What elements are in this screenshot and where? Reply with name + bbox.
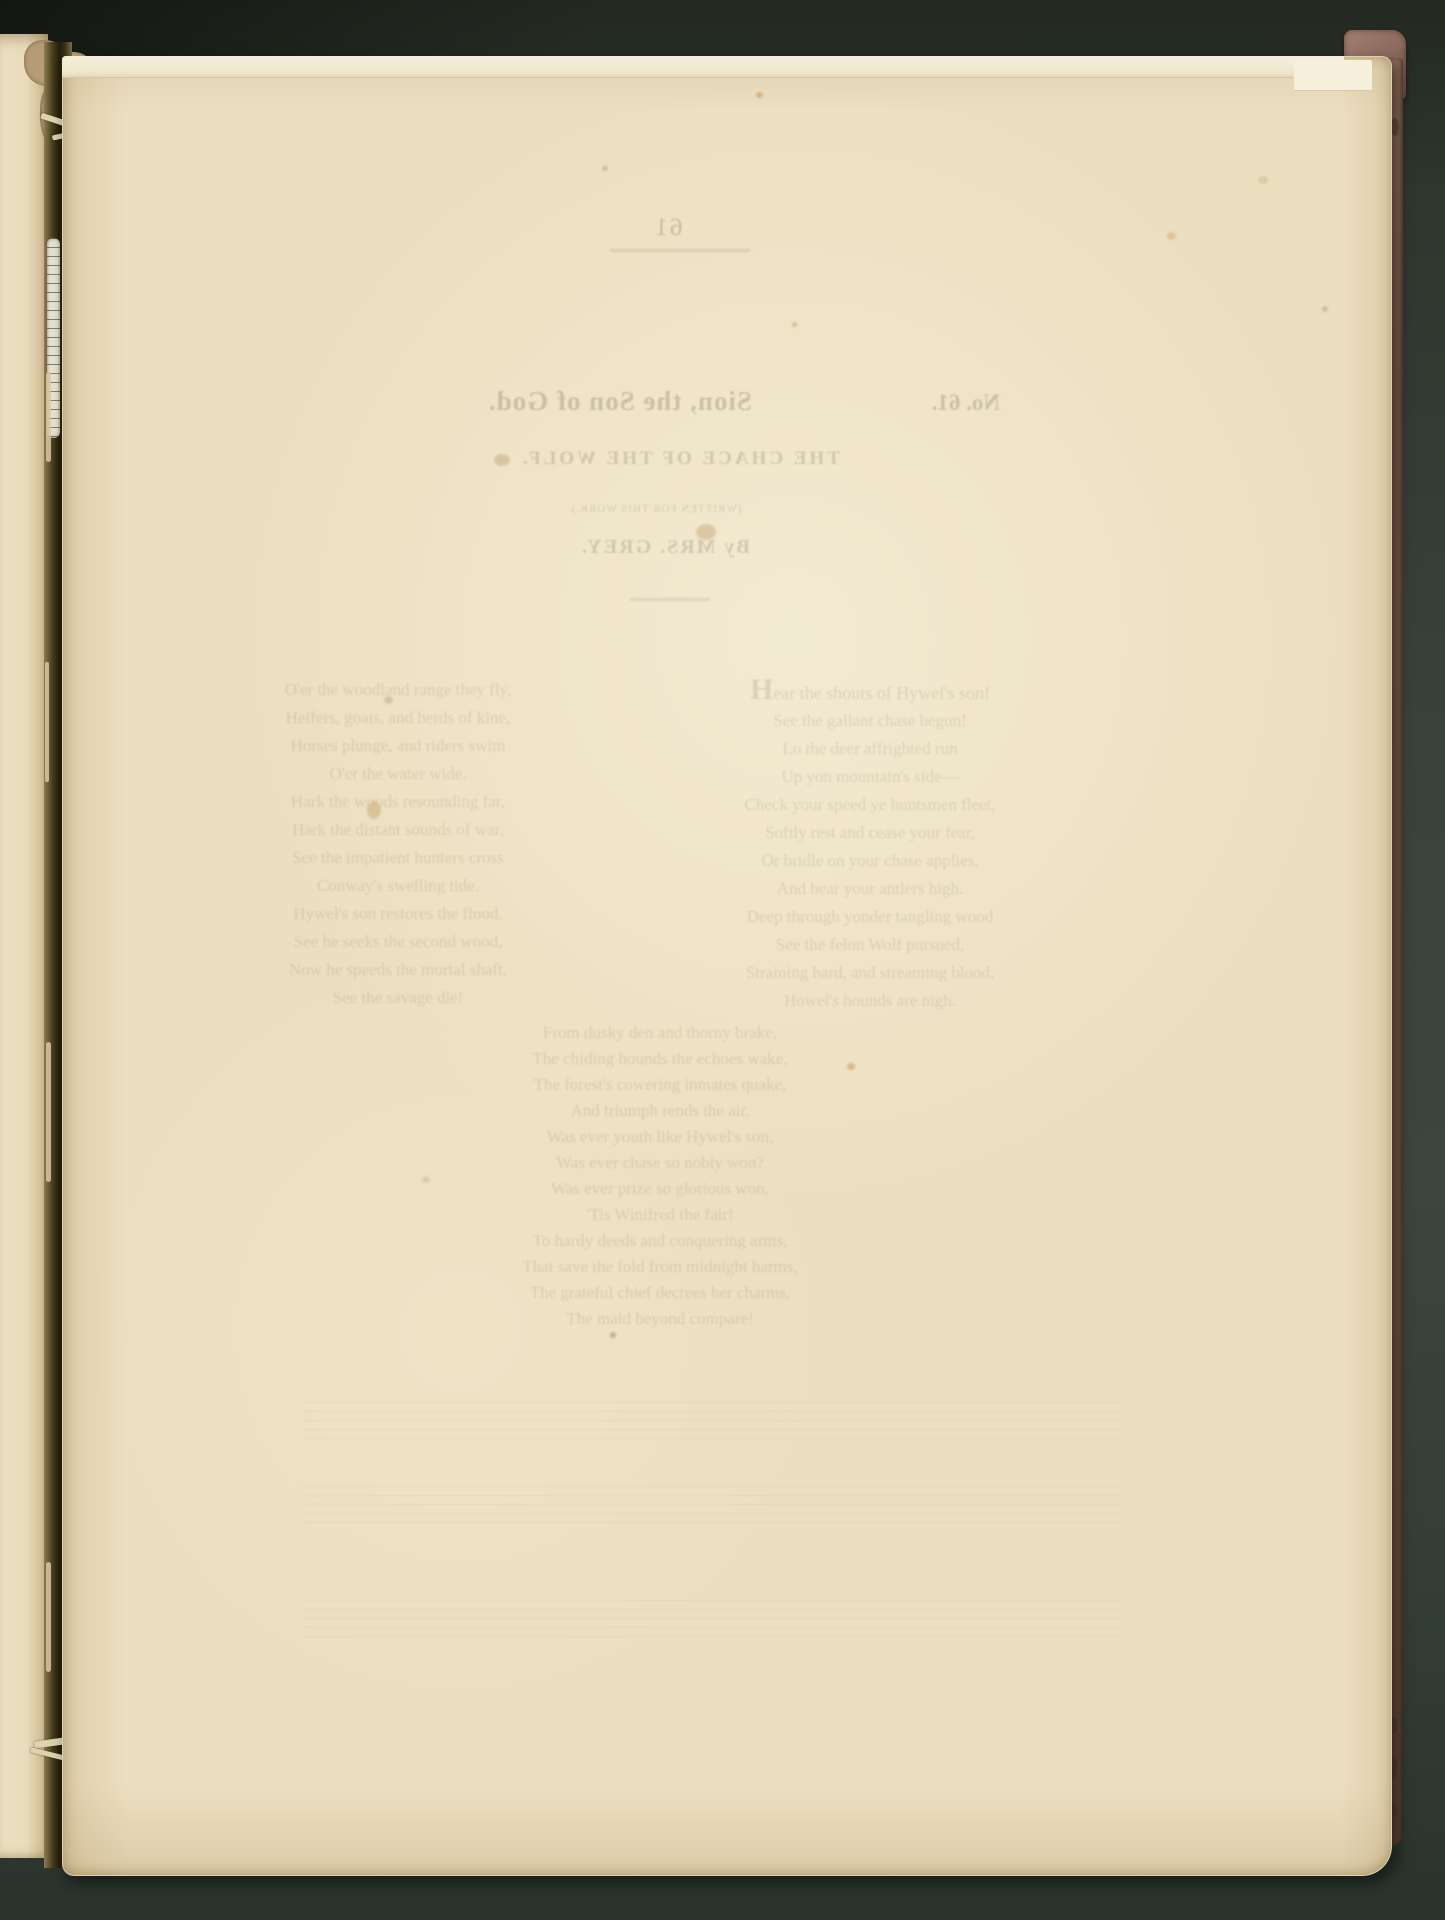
bleedthrough-verse-line: Was ever chase so nobly won?: [400, 1150, 920, 1176]
bleedthrough-verse-line: And triumph rends the air.: [400, 1098, 920, 1124]
bleedthrough-verse-line: See he seeks the second wood,: [208, 928, 588, 956]
foxing-spot: [1322, 306, 1328, 312]
bleedthrough-verse-line: Check your speed ye huntsmen fleet,: [658, 791, 1082, 819]
bleedthrough-verse-line: Softly rest and cease your fear,: [658, 819, 1082, 847]
foxing-spot: [384, 696, 393, 704]
bleedthrough-music-staff: [302, 1486, 1122, 1524]
bleedthrough-verse-line: Hark the woods resounding far,: [208, 788, 588, 816]
bleedthrough-verse-line: Now he speeds the mortal shaft,: [208, 956, 588, 984]
foxing-spot: [1258, 176, 1268, 184]
bleedthrough-verse-line: Deep through yonder tangling wood: [658, 903, 1082, 931]
bleedthrough-verse-line: 'Tis Winifred the fair!: [400, 1202, 920, 1228]
bleedthrough-verse-line: The chiding hounds the echoes wake,: [400, 1046, 920, 1072]
bleedthrough-short-rule: [630, 598, 710, 601]
blank-book-page: 61 No. 61. Sion, the Son of God. THE CHA…: [62, 56, 1392, 1876]
bleedthrough-verse-line: See the gallant chase begun!: [658, 707, 1082, 735]
bleedthrough-verse-line: And bear your antlers high.: [658, 875, 1082, 903]
previous-page-edge: [0, 34, 48, 1858]
bleedthrough-verse-line: See the savage die!: [208, 984, 588, 1012]
underlying-page-edge: [1294, 60, 1372, 91]
foxing-spot: [756, 92, 763, 98]
foxing-spot: [422, 1176, 430, 1183]
bleedthrough-verse-line: The grateful chief decrees her charms,: [400, 1280, 920, 1306]
bleedthrough-verse-line: Lo the deer affrighted run: [658, 735, 1082, 763]
bleedthrough-verse-line: Was ever youth like Hywel's son,: [400, 1124, 920, 1150]
bleedthrough-verse-line: O'er the woodland range they fly,: [208, 676, 588, 704]
foxing-spot: [847, 1063, 855, 1070]
frayed-edge: [46, 1562, 51, 1672]
bleedthrough-verse-line: That save the fold from midnight harms,: [400, 1254, 920, 1280]
bleedthrough-verse-line: The maid beyond compare!: [400, 1306, 920, 1332]
bleedthrough-number: No. 61.: [932, 390, 1000, 416]
bleedthrough-verse-line: The forest's cowering inmates quake,: [400, 1072, 920, 1098]
stain: [367, 801, 381, 819]
stain: [696, 524, 716, 540]
frayed-edge: [46, 372, 51, 462]
bleedthrough-verse-line: From dusky den and thorny brake,: [400, 1020, 920, 1046]
foxing-spot: [792, 322, 797, 327]
foxing-spot: [602, 166, 608, 171]
page-top-edge: [62, 56, 1344, 78]
bleedthrough-subtitle: THE CHACE OF THE WOLF.: [470, 448, 890, 470]
bleedthrough-verse-line: Straining hard, and streaming blood,: [658, 959, 1082, 987]
bleedthrough-music-staff: [302, 1402, 1122, 1440]
bleedthrough-heading-row: No. 61. Sion, the Son of God.: [430, 386, 1030, 428]
bleedthrough-right-column: Hear the shouts of Hywel's son!See the g…: [658, 676, 1082, 1015]
bleedthrough-verse-line: See the felon Wolf pursued,: [658, 931, 1082, 959]
bleedthrough-air-title: Sion, the Son of God.: [488, 386, 752, 417]
bleedthrough-verse-line: Was ever prize so glorious won,: [400, 1176, 920, 1202]
frayed-edge: [46, 1042, 51, 1182]
bleedthrough-verse-line: Hywel's son restores the flood,: [208, 900, 588, 928]
cover-wear-spot: [1391, 118, 1399, 136]
bleedthrough-page-number: 61: [608, 214, 728, 242]
bleedthrough-verse-line: Howel's hounds are nigh.: [658, 987, 1082, 1015]
bleedthrough-verse-line: Hark the distant sounds of war,: [208, 816, 588, 844]
bleedthrough-byline: By MRS. GREY.: [555, 536, 775, 559]
bleedthrough-attribution-note: (WRITTEN FOR THIS WORK.): [547, 503, 765, 515]
foxing-spot: [610, 1332, 616, 1338]
stain: [494, 454, 510, 466]
foxing-spot: [1167, 232, 1176, 240]
bleedthrough-header-rule: [610, 249, 750, 252]
bleedthrough-verse-line: See the impatient hunters cross: [208, 844, 588, 872]
bleedthrough-verse-line: Horses plunge, and riders swim: [208, 732, 588, 760]
bleedthrough-verse-line: Conway's swelling tide.: [208, 872, 588, 900]
bleedthrough-verse-line: Heifers, goats, and herds of kine,: [208, 704, 588, 732]
bleedthrough-verse-line: Up yon mountain's side—: [658, 763, 1082, 791]
bleedthrough-verse-line: To hardy deeds and conquering arms,: [400, 1228, 920, 1254]
bleedthrough-verse-line: O'er the water wide.: [208, 760, 588, 788]
bleedthrough-left-column: O'er the woodland range they fly,Heifers…: [208, 676, 588, 1012]
scan-backdrop: 61 No. 61. Sion, the Son of God. THE CHA…: [0, 0, 1445, 1920]
bleedthrough-verse-line: Hear the shouts of Hywel's son!: [658, 676, 1082, 707]
bleedthrough-verse-line: Or bridle on your chase applies,: [658, 847, 1082, 875]
bleedthrough-verse-block: From dusky den and thorny brake,The chid…: [400, 1020, 920, 1332]
bleedthrough-music-staff: [302, 1600, 1122, 1638]
frayed-edge: [45, 662, 49, 782]
